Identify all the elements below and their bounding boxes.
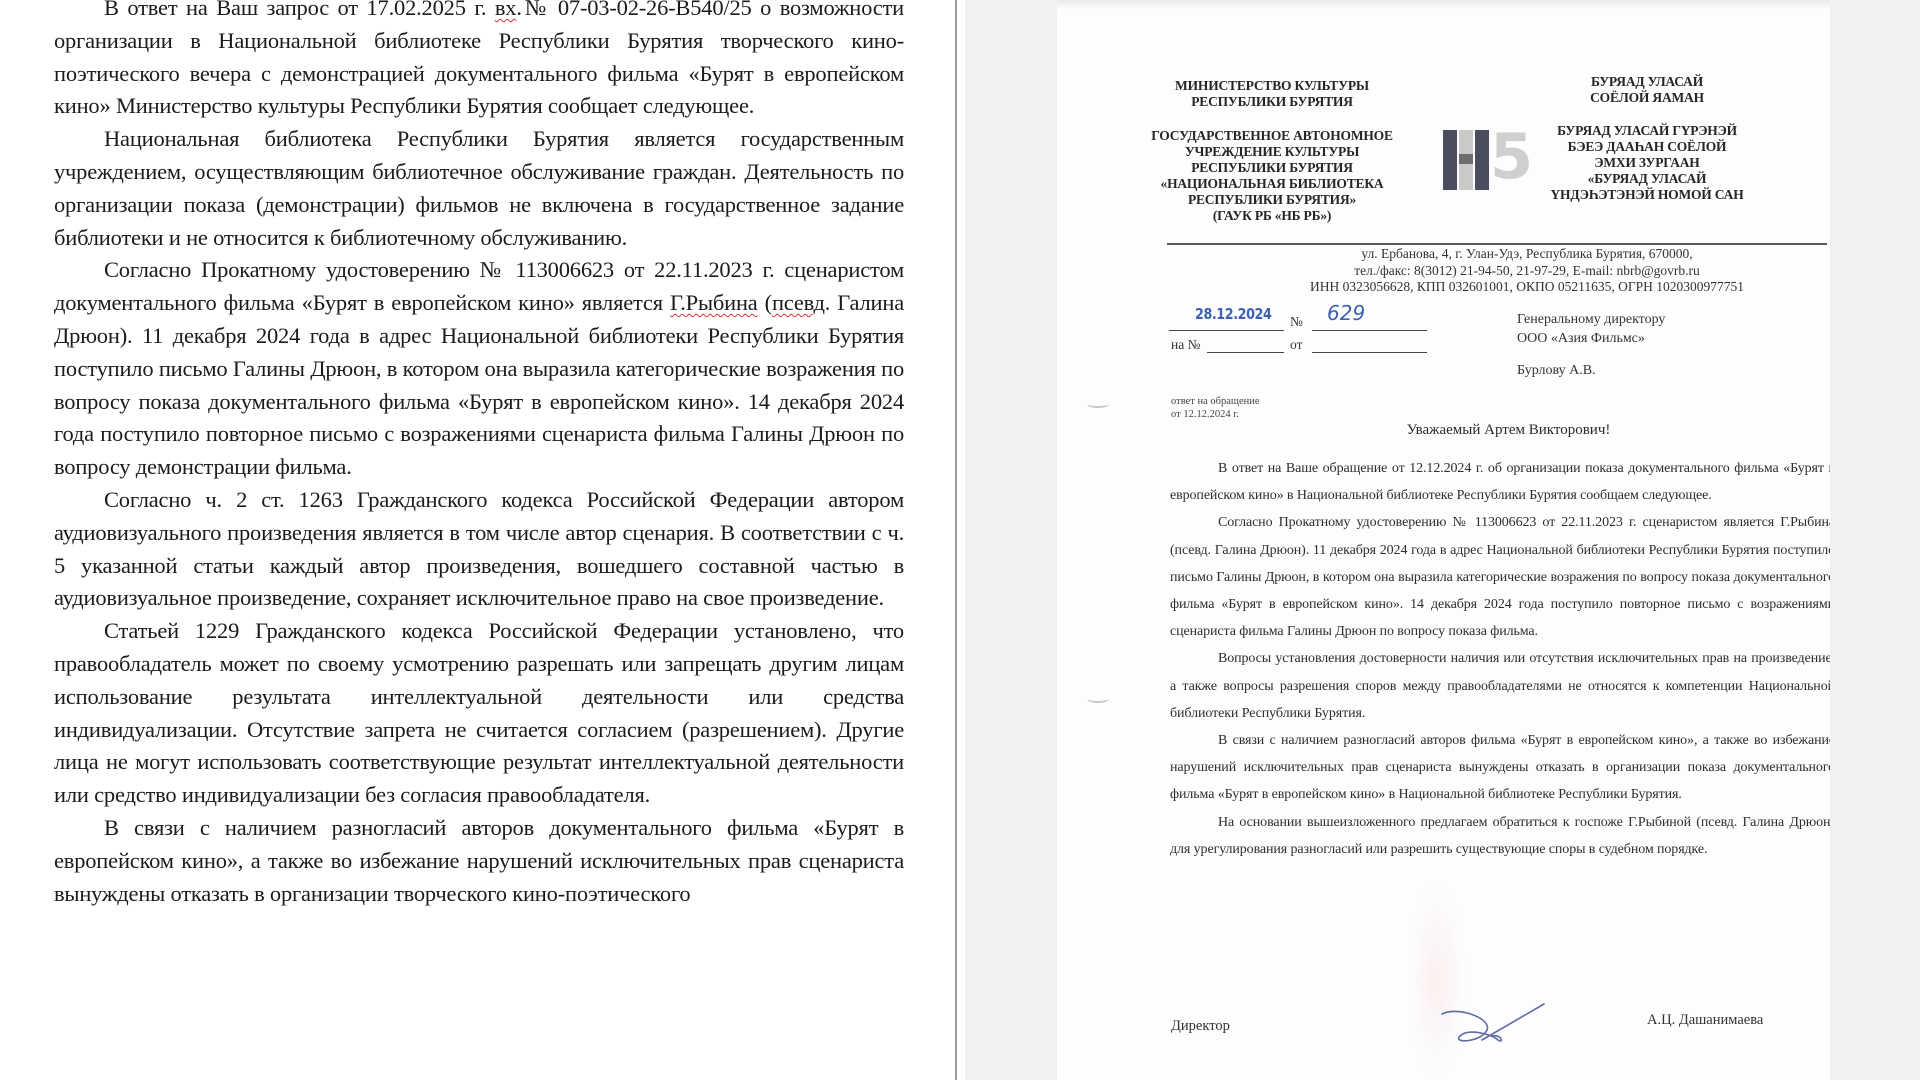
faded-stamp [1407, 880, 1467, 1080]
text-line: БУРЯАД УЛАСАЙ [1522, 74, 1772, 90]
letter-paragraph: На основании вышеизложенного предлагаем … [1170, 809, 1830, 863]
addressee-block: Генеральному директору ООО «Азия Фильмс»… [1517, 310, 1665, 380]
library-logo-icon: 5 [1443, 130, 1523, 192]
text-line: ИНН 0323056628, КПП 032601001, ОКПО 0521… [1237, 279, 1817, 296]
text-line: ҮНДЭҺЭТЭНЭЙ НОМОЙ САН [1497, 187, 1797, 203]
letterhead-rule [1167, 243, 1827, 245]
ref-from-label: от [1290, 337, 1302, 353]
letter-paragraph: Согласно Прокатному удостоверению № 1130… [1170, 509, 1830, 645]
text-line: БУРЯАД УЛАСАЙ ГҮРЭНЭЙ [1497, 123, 1797, 139]
typed-letter-page: В ответ на Ваш запрос от 17.02.2025 г. в… [0, 0, 955, 1080]
reply-note-line: от 12.12.2024 г. [1171, 408, 1260, 421]
text-run: В связи с наличием разногласий авторов д… [54, 815, 904, 906]
text-line: ЭМХИ ЗУРГААН [1497, 155, 1797, 171]
ref-from-underline [1312, 352, 1427, 353]
number-label: № [1290, 314, 1303, 330]
spellcheck-flagged-word: вх [495, 0, 516, 20]
addressee-line: Генеральному директору [1517, 310, 1665, 329]
scanned-letter-page: МИНИСТЕРСТВО КУЛЬТУРЫРЕСПУБЛИКИ БУРЯТИЯ … [1057, 0, 1830, 1080]
addressee-line: Бурлову А.В. [1517, 361, 1665, 380]
typed-paragraph: Согласно ч. 2 ст. 1263 Гражданского коде… [54, 484, 904, 615]
scan-margin-mark [1087, 400, 1109, 408]
institution-header-buryat: БУРЯАД УЛАСАЙ ГҮРЭНЭЙБЭЕЭ ДААҺАН СОЁЛОЙЭ… [1497, 123, 1797, 203]
text-run: В ответ на Ваш запрос от 17.02.2025 г. [104, 0, 495, 20]
text-line: РЕСПУБЛИКИ БУРЯТИЯ» [1117, 192, 1427, 208]
ministry-header-buryat: БУРЯАД УЛАСАЙСОЁЛОЙ ЯАМАН [1522, 74, 1772, 106]
typed-paragraph: Согласно Прокатному удостоверению № 1130… [54, 254, 904, 484]
institution-header-ru: ГОСУДАРСТВЕННОЕ АВТОНОМНОЕУЧРЕЖДЕНИЕ КУЛ… [1117, 128, 1427, 224]
typed-letter-body: В ответ на Ваш запрос от 17.02.2025 г. в… [54, 0, 904, 910]
text-run: Национальная библиотека Республики Бурят… [54, 126, 904, 249]
ref-number-label: на № [1171, 337, 1200, 353]
registration-date: 28.12.2024 [1195, 305, 1271, 323]
ref-number-underline [1207, 352, 1284, 353]
salutation: Уважаемый Артем Викторович! [1057, 422, 1830, 439]
text-line: УЧРЕЖДЕНИЕ КУЛЬТУРЫ [1117, 144, 1427, 160]
text-line: БЭЕЭ ДААҺАН СОЁЛОЙ [1497, 139, 1797, 155]
date-underline [1169, 330, 1284, 331]
typed-paragraph: В ответ на Ваш запрос от 17.02.2025 г. в… [54, 0, 904, 123]
text-line: (ГАУК РБ «НБ РБ») [1117, 208, 1427, 224]
institution-address: ул. Ербанова, 4, г. Улан-Удэ, Республика… [1237, 246, 1817, 296]
letter-paragraph: В связи с наличием разногласий авторов ф… [1170, 727, 1830, 809]
text-run: ( [758, 290, 772, 315]
text-line: «БУРЯАД УЛАСАЙ [1497, 171, 1797, 187]
reply-reference-note: ответ на обращение от 12.12.2024 г. [1171, 395, 1260, 421]
text-run: . Галина Дрюон). 11 декабря 2024 года в … [54, 290, 904, 479]
text-line: РЕСПУБЛИКИ БУРЯТИЯ [1147, 94, 1397, 110]
typed-paragraph: Статьей 1229 Гражданского кодекса Россий… [54, 615, 904, 812]
registration-number: 629 [1327, 301, 1365, 325]
gap [957, 0, 965, 1080]
text-line: ГОСУДАРСТВЕННОЕ АВТОНОМНОЕ [1117, 128, 1427, 144]
signatory-title: Директор [1171, 1018, 1230, 1035]
text-line: тел./факс: 8(3012) 21-94-50, 21-97-29, E… [1237, 263, 1817, 280]
scan-shadow [1057, 0, 1830, 10]
letter-body: В ответ на Ваше обращение от 12.12.2024 … [1170, 455, 1830, 863]
handwritten-signature-icon [1432, 1000, 1552, 1048]
typed-paragraph: Национальная библиотека Республики Бурят… [54, 123, 904, 254]
text-line: «НАЦИОНАЛЬНАЯ БИБЛИОТЕКА [1117, 176, 1427, 192]
spellcheck-flagged-word: Г.Рыбина [670, 290, 758, 315]
text-line: МИНИСТЕРСТВО КУЛЬТУРЫ [1147, 78, 1397, 94]
letter-paragraph: Вопросы установления достоверности налич… [1170, 645, 1830, 727]
number-underline [1312, 330, 1427, 331]
text-line: СОЁЛОЙ ЯАМАН [1522, 90, 1772, 106]
typed-paragraph: В связи с наличием разногласий авторов д… [54, 812, 904, 910]
reply-note-line: ответ на обращение [1171, 395, 1260, 408]
text-line: ул. Ербанова, 4, г. Улан-Удэ, Республика… [1237, 246, 1817, 263]
addressee-line: ООО «Азия Фильмс» [1517, 329, 1665, 348]
ministry-header-ru: МИНИСТЕРСТВО КУЛЬТУРЫРЕСПУБЛИКИ БУРЯТИЯ [1147, 78, 1397, 110]
spellcheck-flagged-word: псевд [772, 290, 825, 315]
scan-background-left [965, 0, 1057, 1080]
scan-background-right [1830, 0, 1920, 1080]
text-run: Статьей 1229 Гражданского кодекса Россий… [54, 618, 904, 807]
scan-margin-mark [1087, 695, 1109, 703]
signatory-name: А.Ц. Дашанимаева [1647, 1012, 1763, 1029]
text-run: Согласно ч. 2 ст. 1263 Гражданского коде… [54, 487, 904, 610]
letter-paragraph: В ответ на Ваше обращение от 12.12.2024 … [1170, 455, 1830, 509]
text-line: РЕСПУБЛИКИ БУРЯТИЯ [1117, 160, 1427, 176]
